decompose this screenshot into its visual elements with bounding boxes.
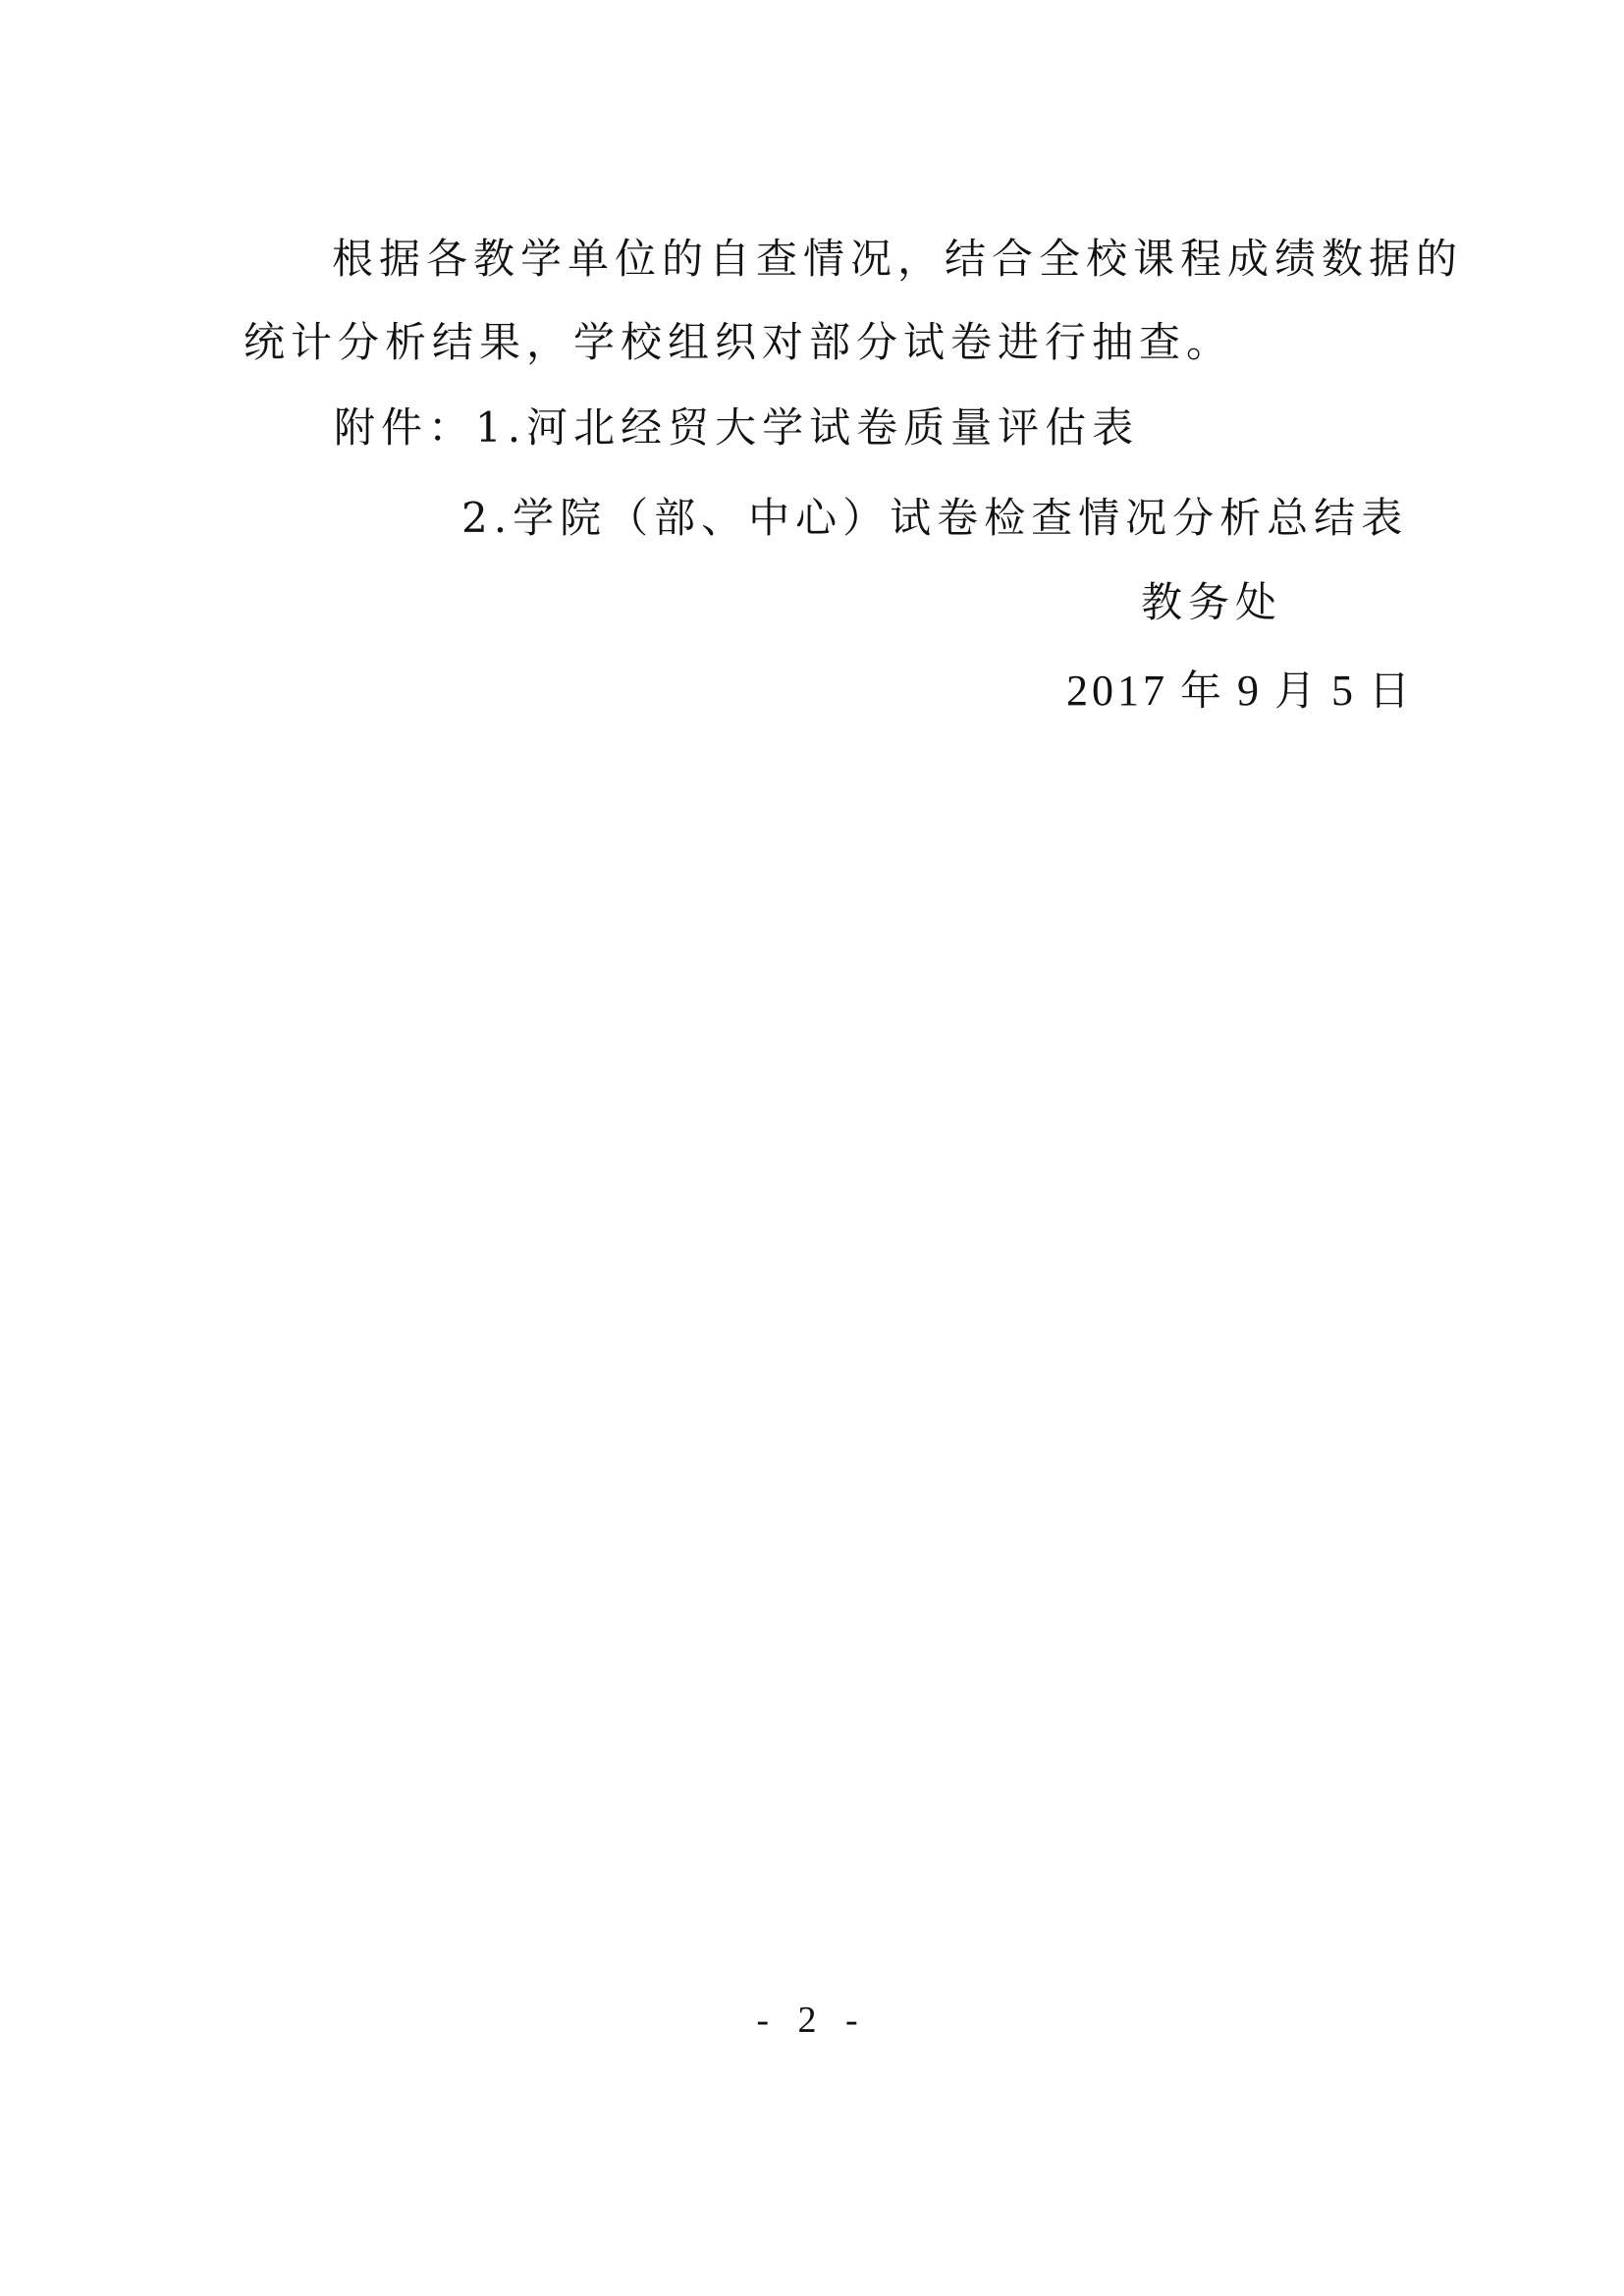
date-year: 2017 <box>1066 667 1168 715</box>
document-date: 2017年9月5日 <box>1066 667 1414 715</box>
page-number: - 2 - <box>0 1999 1624 2042</box>
attachments-label: 附件： <box>334 403 475 452</box>
document-page: 根据各教学单位的自查情况，结合全校课程成绩数据的 统计分析结果，学校组织对部分试… <box>0 0 1624 2296</box>
signature-department: 教务处 <box>1141 579 1282 626</box>
date-day: 5 <box>1331 667 1357 715</box>
body-paragraph-line-1: 根据各教学单位的自查情况，结合全校课程成绩数据的 <box>332 236 1463 283</box>
attachments-line-1: 附件：1.河北经贸大学试卷质量评估表 <box>334 404 1139 452</box>
body-paragraph-line-2: 统计分析结果，学校组织对部分试卷进行抽查。 <box>244 319 1233 366</box>
date-month: 9 <box>1237 667 1263 715</box>
attachment-item-1: 1.河北经贸大学试卷质量评估表 <box>475 403 1139 452</box>
date-year-unit: 年 <box>1180 667 1225 715</box>
attachment-item-2: 2.学院（部、中心）试卷检查情况分析总结表 <box>461 495 1408 542</box>
date-day-unit: 日 <box>1369 667 1414 715</box>
date-month-unit: 月 <box>1274 667 1320 715</box>
